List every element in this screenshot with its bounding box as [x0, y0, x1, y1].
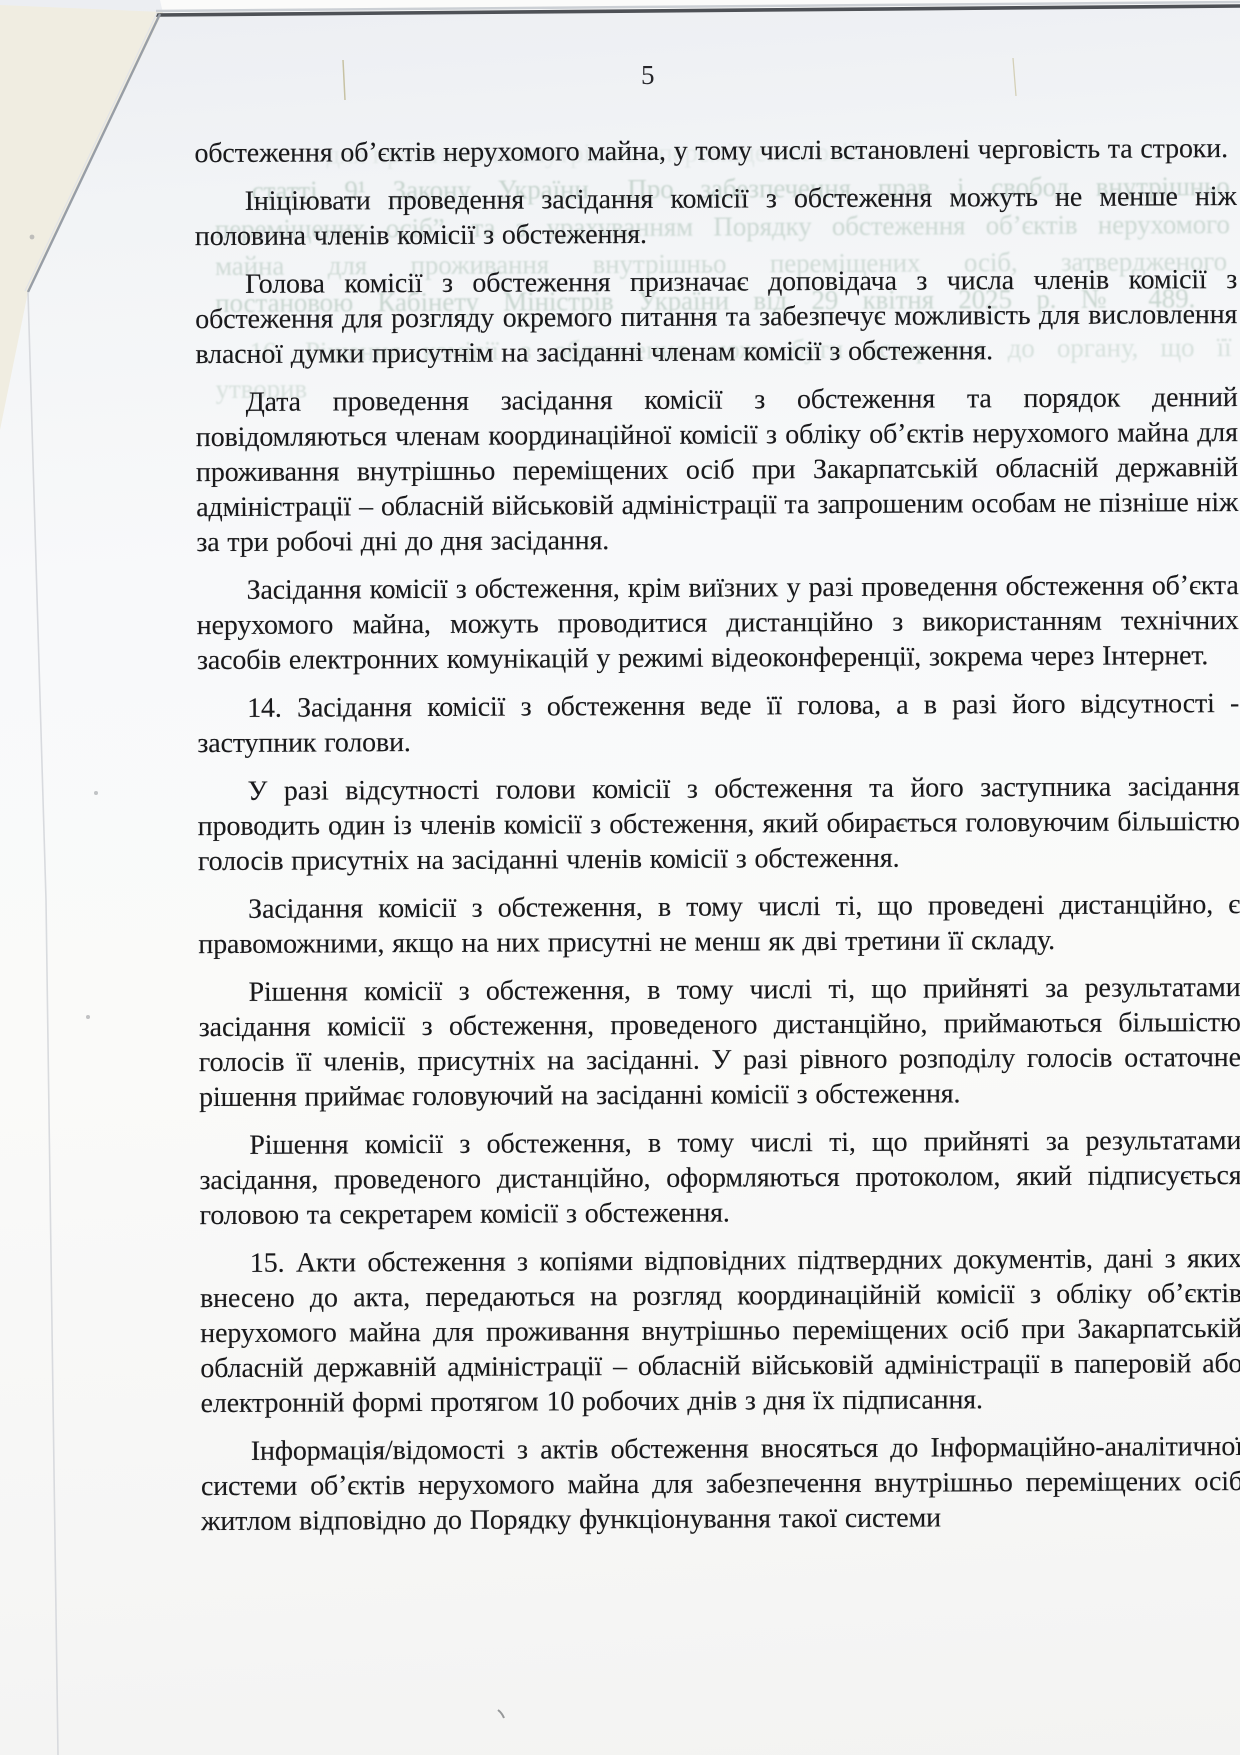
- paragraph: Дата проведення засідання комісії з обст…: [196, 380, 1239, 560]
- paragraph: 14. Засідання комісії з обстеження веде …: [197, 686, 1239, 761]
- paragraph: Засідання комісії з обстеження, крім виї…: [196, 568, 1239, 678]
- scanned-page: 5 для проживання внутрішньо переміщених …: [0, 0, 1240, 1755]
- paragraph: У разі відсутності голови комісії з обст…: [197, 769, 1240, 879]
- paragraph: Ініціювати проведення засідання комісії …: [195, 179, 1237, 254]
- paragraph: обстеження об’єктів нерухомого майна, у …: [194, 131, 1236, 171]
- paragraph: Голова комісії з обстеження призначає до…: [195, 262, 1238, 372]
- paragraph: 15. Акти обстеження з копіями відповідни…: [200, 1241, 1240, 1421]
- document-content: для проживання внутрішньо переміщених ос…: [0, 0, 1240, 1755]
- paragraph: Рішення комісії з обстеження, в тому чис…: [198, 970, 1240, 1115]
- paragraph: Рішення комісії з обстеження, в тому чис…: [199, 1123, 1240, 1233]
- paragraph: Засідання комісії з обстеження, в тому ч…: [198, 887, 1240, 962]
- paragraph: Інформація/відомості з актів обстеження …: [201, 1429, 1240, 1539]
- document-text: обстеження об’єктів нерухомого майна, у …: [194, 131, 1240, 1539]
